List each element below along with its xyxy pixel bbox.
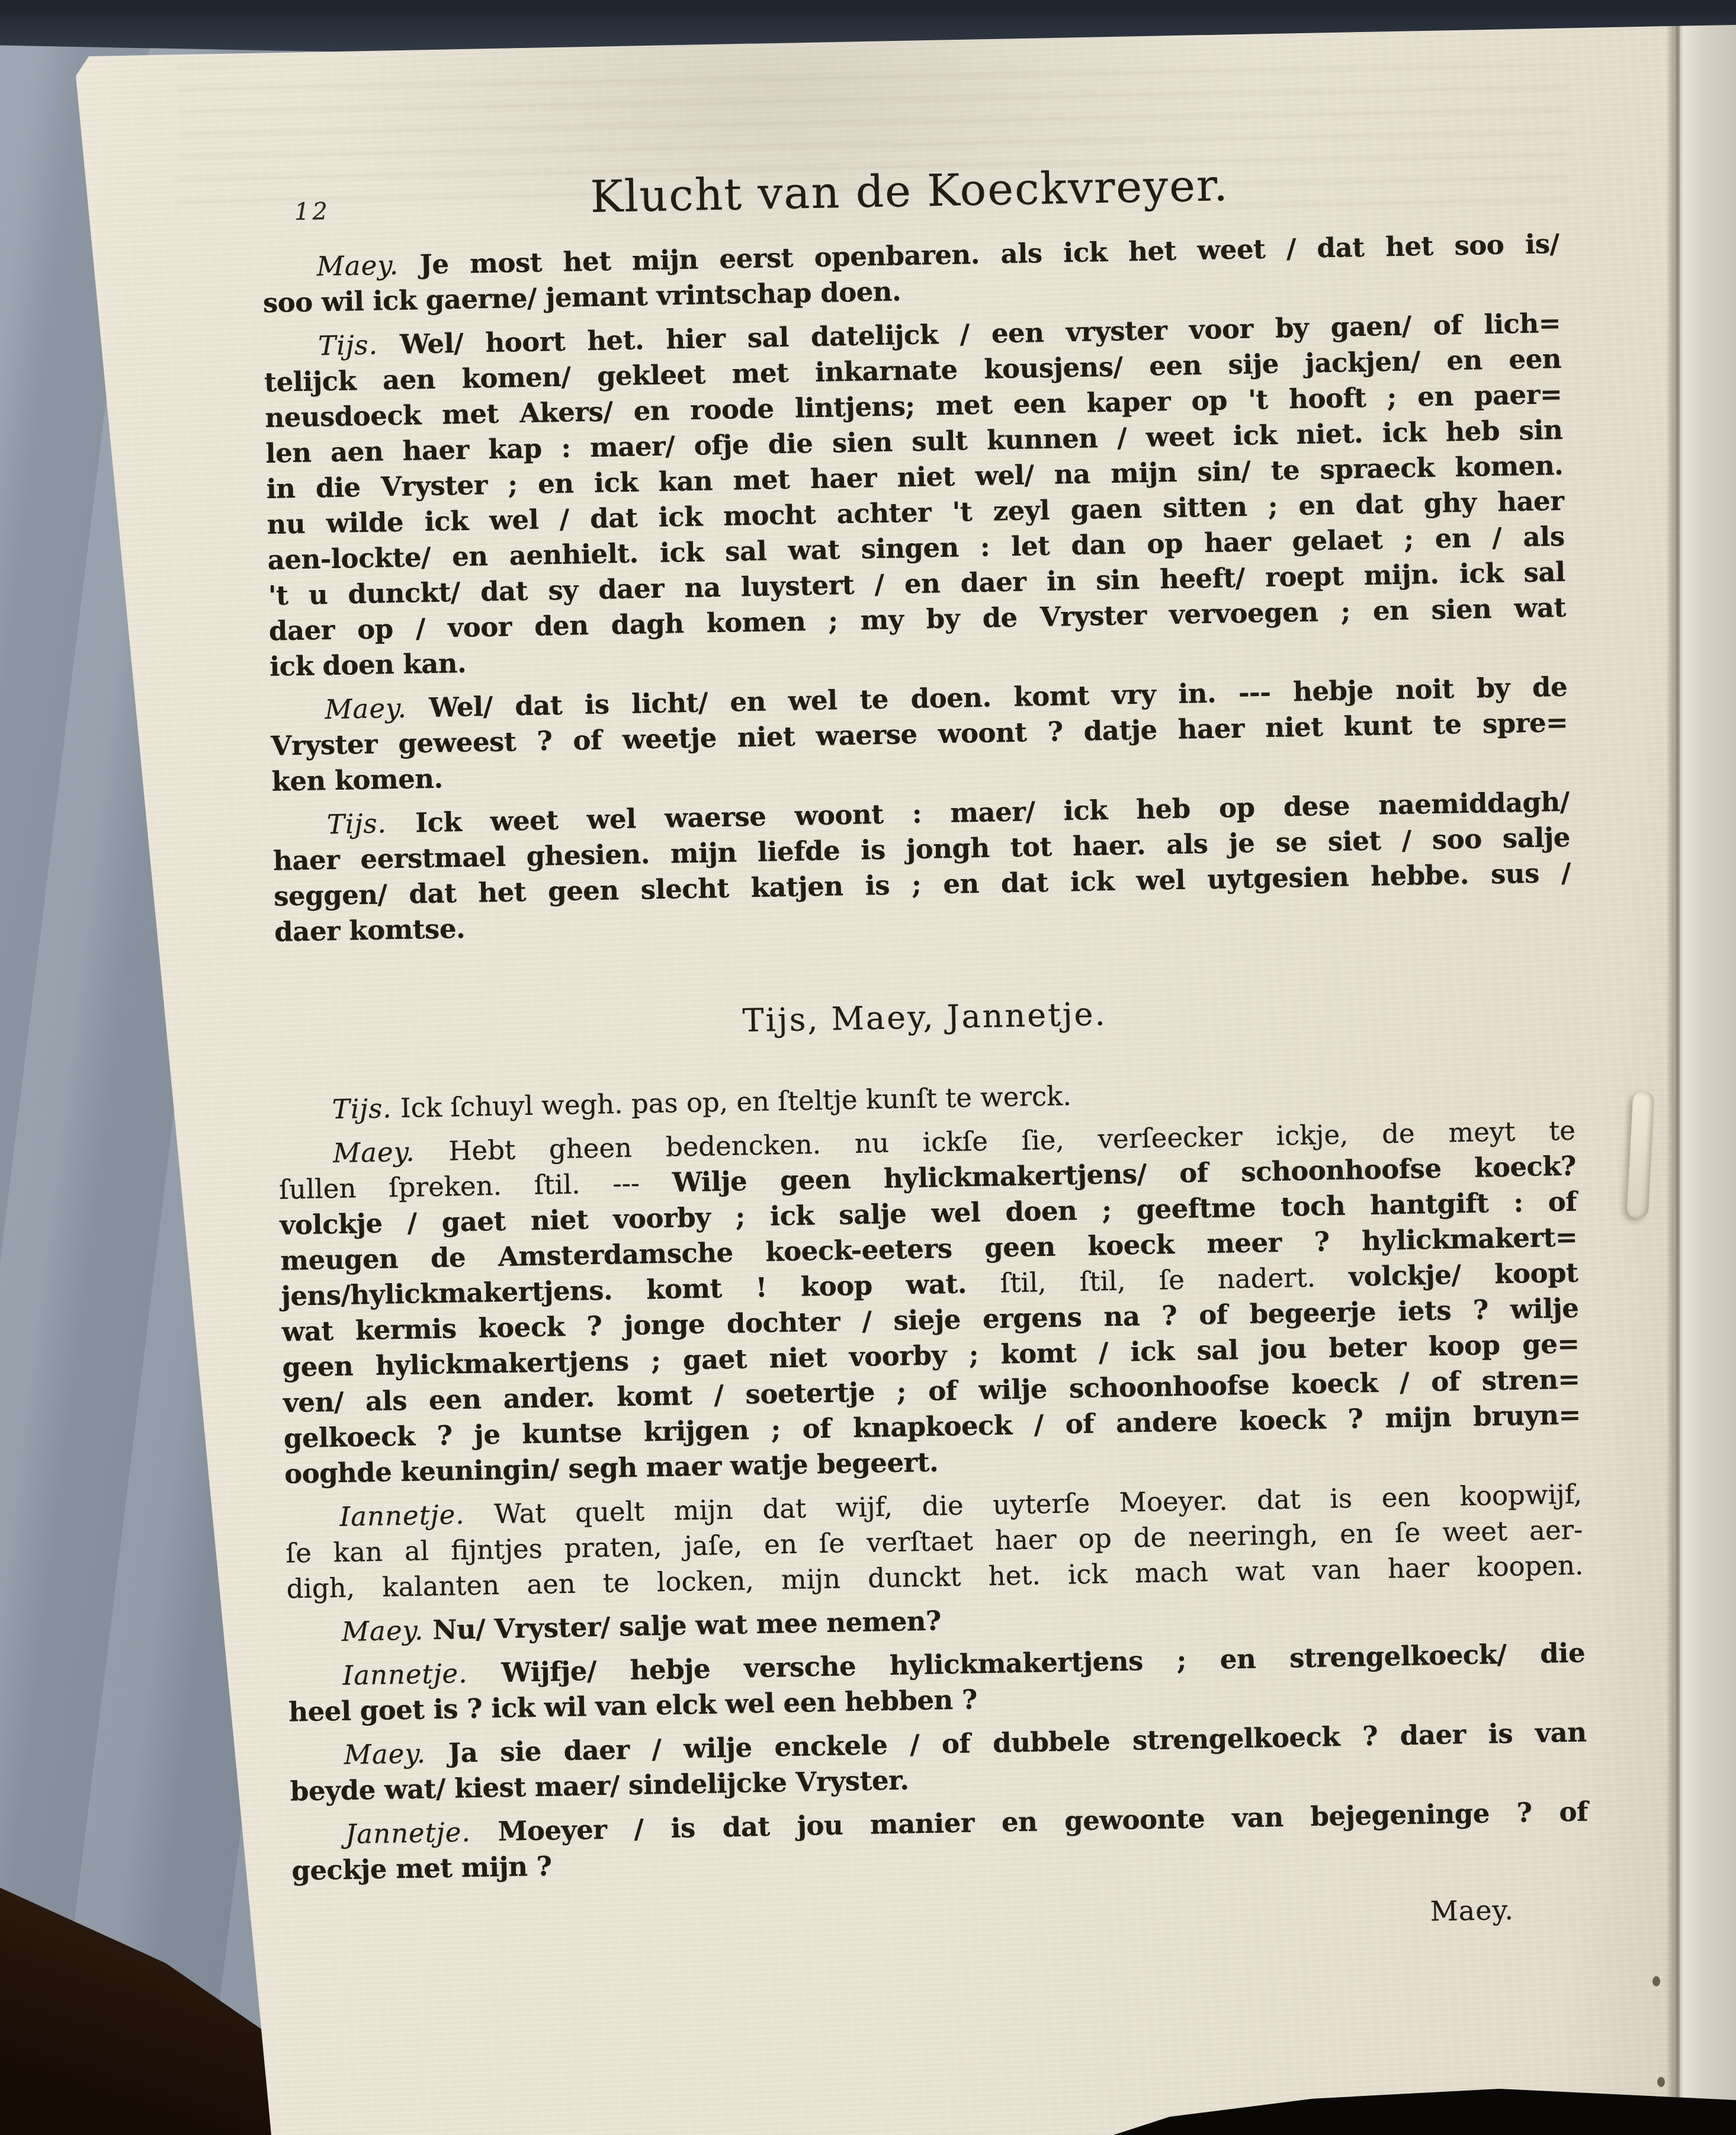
speaker-name: Iannetje.	[342, 1658, 468, 1691]
book-photo: 12 Klucht van de Koeckvreyer. Maey. Je m…	[0, 0, 1736, 2135]
dialogue-section-1: Maey. Je most het mijn eerst openbaren. …	[262, 226, 1571, 950]
catchword-row: Maey.	[293, 1892, 1590, 1948]
paragraph: Iannetje. Wat quelt mijn dat wijf, die u…	[285, 1476, 1584, 1607]
dialogue-text: ſullen ſpreken. ſtil. ---	[279, 1167, 673, 1206]
text-block: 12 Klucht van de Koeckvreyer. Maey. Je m…	[261, 154, 1590, 1948]
speaker-name: Maey.	[342, 1614, 424, 1647]
paragraph: Tijs. Wel/ hoort het. hier sal datelijck…	[264, 306, 1567, 685]
speaker-name: Maey.	[325, 693, 407, 726]
paragraph: Maey. Ja sie daer / wilje enckele / of d…	[289, 1714, 1587, 1809]
catchword: Maey.	[1430, 1894, 1514, 1928]
scene-heading: Tijs, Maey, Jannetje.	[276, 987, 1574, 1048]
paragraph: Maey. Hebt gheen bedencken. nu ickſe ſie…	[278, 1113, 1582, 1492]
dialogue-text: Nu/ Vryster/ salje wat mee nemen?	[423, 1605, 942, 1646]
speaker-name: Maey.	[316, 249, 399, 283]
paragraph: Iannetje. Wijfje/ hebje versche hylickma…	[288, 1635, 1586, 1730]
speaker-name: Tijs.	[318, 329, 378, 361]
dialogue-text: daer komtse.	[274, 913, 466, 948]
paragraph: Jannetje. Moeyer / is dat jou manier en …	[291, 1794, 1589, 1889]
fore-edge-fold	[1676, 23, 1680, 2135]
dialogue-text: volckje/ koopt	[1349, 1257, 1578, 1293]
speaker-name: Maey.	[333, 1136, 415, 1169]
binding-thread	[1626, 1091, 1654, 1219]
dialogue-section-2: Tijs. Ick ſchuyl wegh. pas op, en ſteltj…	[277, 1069, 1589, 1889]
dialogue-text: ken komen.	[271, 763, 443, 797]
bottom-shadow	[1114, 2065, 1736, 2135]
speaker-name: Maey.	[344, 1738, 426, 1771]
paragraph: Tijs. Ick weet wel waerse woont : maer/ …	[272, 784, 1571, 950]
stitch-hole	[1657, 2077, 1665, 2087]
dialogue-text: Ick ſchuyl wegh. pas op, en ſteltje kunſ…	[392, 1080, 1071, 1124]
speaker-name: Jannetje.	[345, 1816, 471, 1850]
stitch-hole	[1652, 1976, 1660, 1986]
fore-edge-pages	[1666, 23, 1736, 2135]
book-page: 12 Klucht van de Koeckvreyer. Maey. Je m…	[0, 0, 1736, 2135]
dialogue-text: ick doen kan.	[269, 647, 467, 682]
paragraph: Maey. Wel/ dat is licht/ en wel te doen.…	[270, 669, 1569, 800]
paragraph: Maey. Je most het mijn eerst openbaren. …	[262, 226, 1560, 321]
speaker-name: Iannetje.	[339, 1499, 465, 1533]
speaker-name: Tijs.	[327, 807, 387, 840]
speaker-name: Tijs.	[332, 1092, 392, 1125]
dialogue-text: ſtil, ſtil, ſe nadert.	[1000, 1261, 1349, 1299]
dialogue-text: geckje met mijn ?	[291, 1850, 552, 1886]
